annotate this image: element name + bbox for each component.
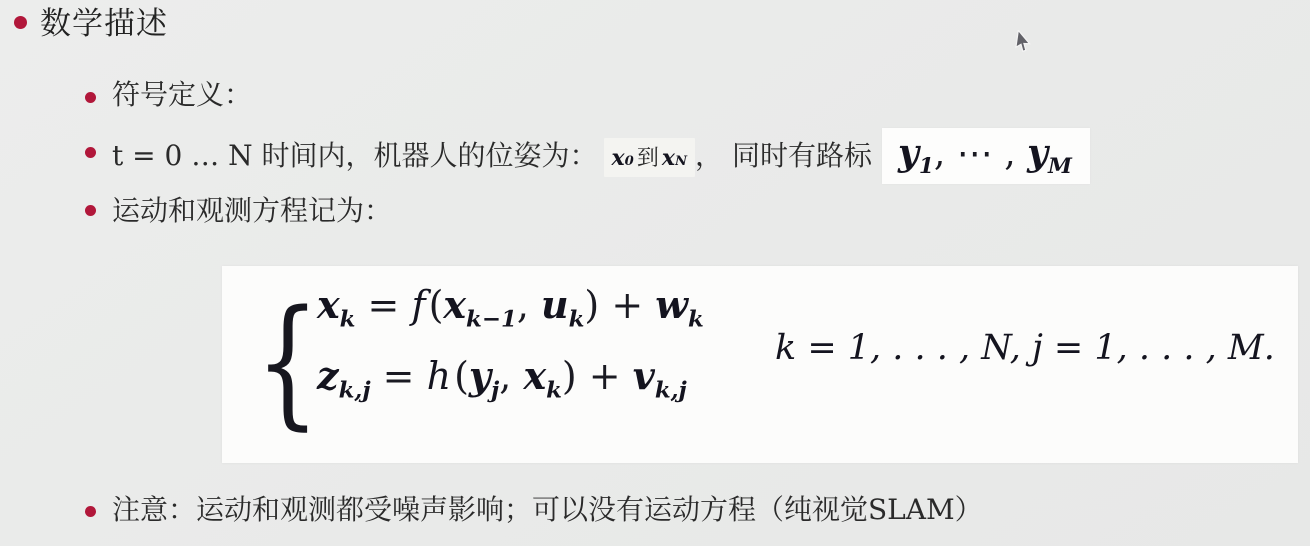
left-brace: { xyxy=(256,281,320,444)
formula-panel: { xk = f(xk−1, uk) + wk zk,j = h(yj, xk)… xyxy=(222,266,1298,463)
bullet-icon xyxy=(85,147,96,158)
pose-inline-math: x0到xN xyxy=(604,138,696,177)
mouse-cursor-icon xyxy=(1014,30,1032,54)
index-range: k = 1, . . . , N, j = 1, . . . , M. xyxy=(775,328,1275,368)
bullet-icon xyxy=(85,92,96,103)
bullet-icon xyxy=(14,16,27,29)
bullet-icon xyxy=(85,205,96,216)
note-line: 注意：运动和观测都受噪声影响；可以没有运动方程（纯视觉SLAM） xyxy=(112,492,983,527)
pose-line-prefix: t = 0 … N 时间内，机器人的位姿为： xyxy=(112,134,598,174)
bullet-icon xyxy=(85,506,96,517)
equation-stack: xk = f(xk−1, uk) + wk zk,j = h(yj, xk) +… xyxy=(317,280,704,402)
observation-equation: zk,j = h(yj, xk) + vk,j xyxy=(317,351,704,401)
pose-line-rest: ， 同时有路标 xyxy=(695,134,872,174)
landmark-math-box: y1, ⋯ , yM xyxy=(882,128,1090,184)
motion-equation: xk = f(xk−1, uk) + wk xyxy=(317,280,704,330)
item-equations-intro: 运动和观测方程记为： xyxy=(112,193,392,228)
slide-background: 数学描述 符号定义： t = 0 … N 时间内，机器人的位姿为： x0到xN … xyxy=(0,0,1310,546)
item-symbol-definition: 符号定义： xyxy=(112,77,252,112)
item-pose-line: t = 0 … N 时间内，机器人的位姿为： x0到xN ， 同时有路标 y1,… xyxy=(112,128,1090,184)
page-title: 数学描述 xyxy=(40,5,168,44)
